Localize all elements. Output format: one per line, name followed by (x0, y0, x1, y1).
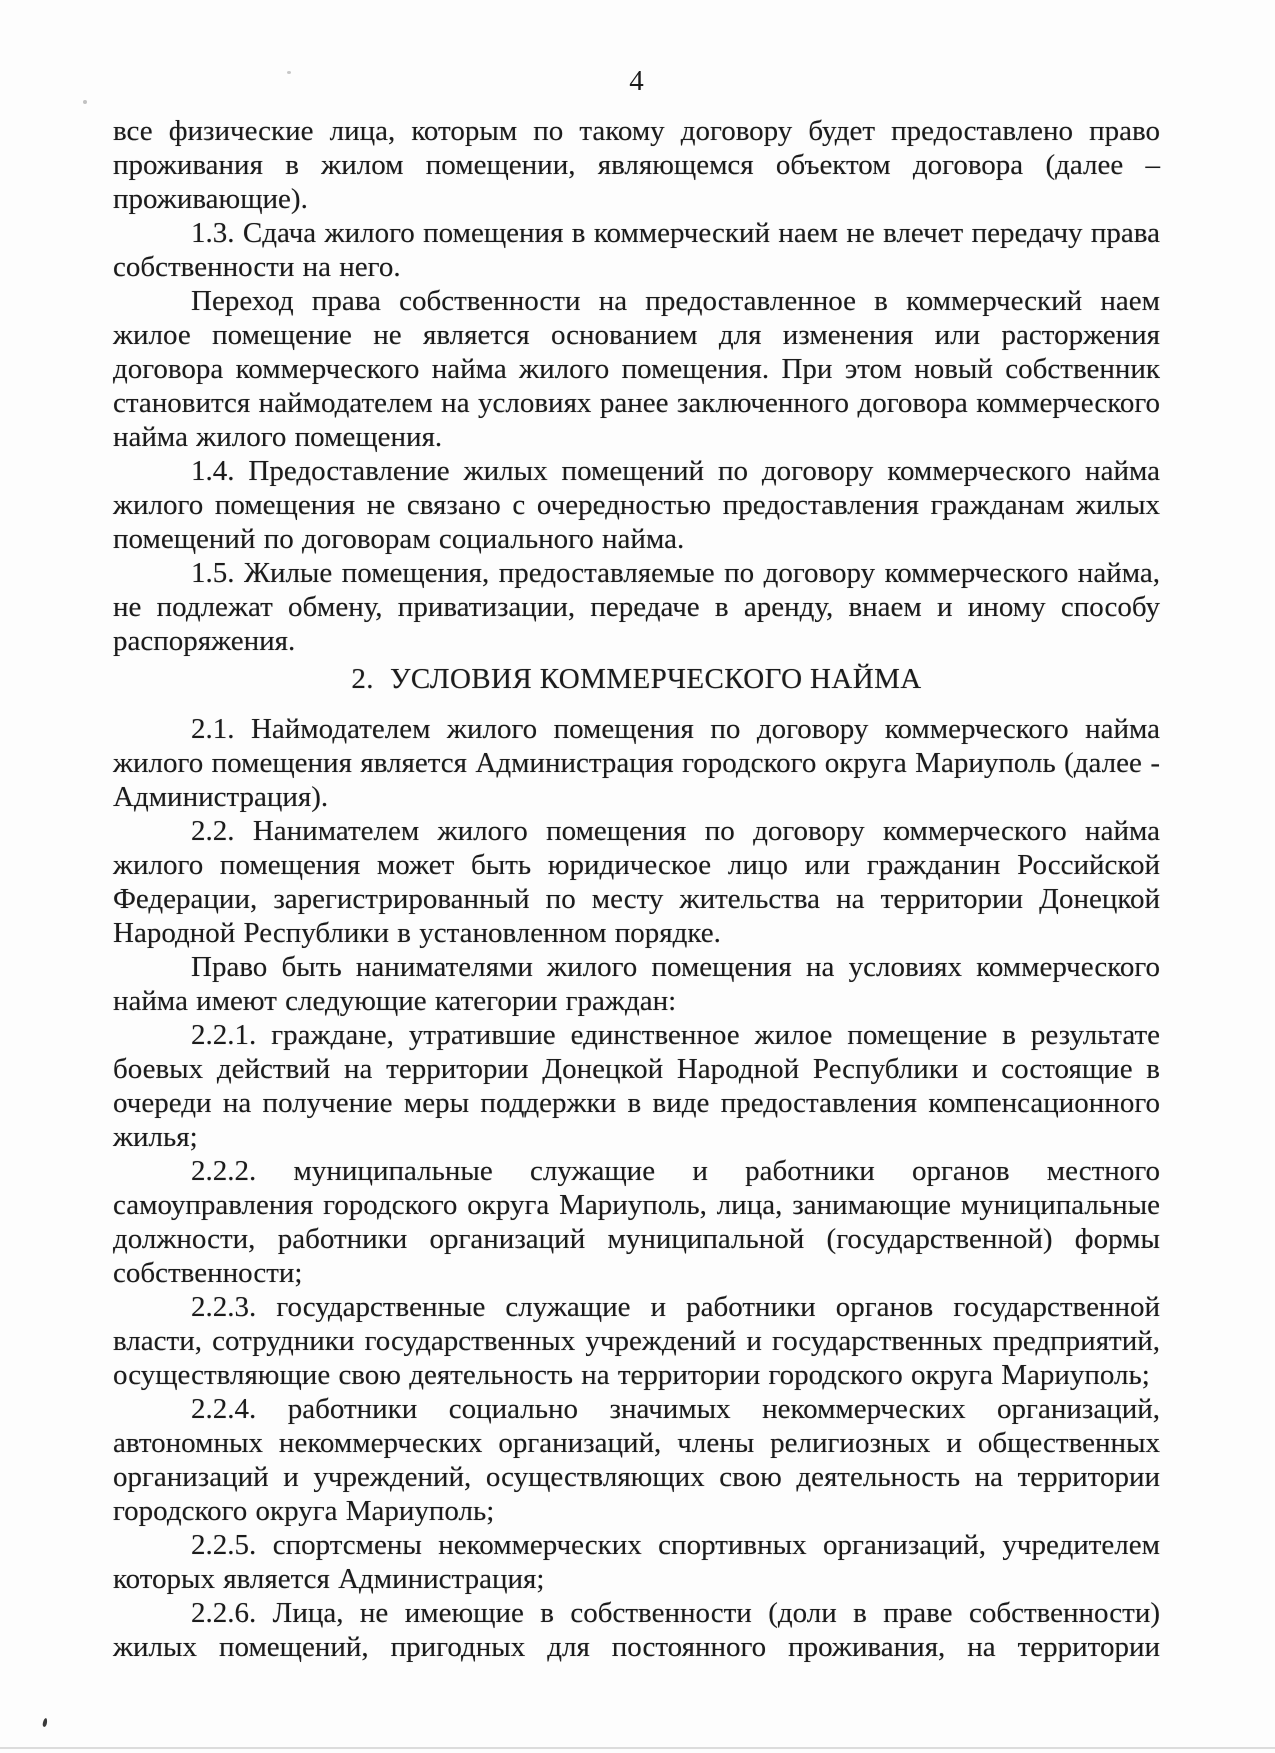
para-2-2-5: 2.2.5. спортсмены некоммерческих спортив… (113, 1528, 1160, 1596)
para-continuation-residents: все физические лица, которым по такому д… (113, 114, 1160, 216)
para-2-2-1: 2.2.1. граждане, утратившие единственное… (113, 1018, 1160, 1154)
para-1-3: 1.3. Сдача жилого помещения в коммерческ… (113, 216, 1160, 284)
para-ownership-transfer: Переход права собственности на предостав… (113, 284, 1160, 454)
para-2-2-6: 2.2.6. Лица, не имеющие в собственности … (113, 1596, 1160, 1664)
page-number: 4 (113, 64, 1160, 98)
scan-speck-icon (83, 100, 87, 104)
scan-bottom-edge (0, 1747, 1275, 1749)
section-heading-2: 2.УСЛОВИЯ КОММЕРЧЕСКОГО НАЙМА (113, 662, 1160, 696)
para-1-4: 1.4. Предоставление жилых помещений по д… (113, 454, 1160, 556)
section-heading-title: УСЛОВИЯ КОММЕРЧЕСКОГО НАЙМА (390, 663, 922, 695)
para-2-2: 2.2. Нанимателем жилого помещения по дог… (113, 814, 1160, 950)
scanned-document-page: 4 все физические лица, которым по такому… (0, 0, 1275, 1753)
para-1-5: 1.5. Жилые помещения, предоставляемые по… (113, 556, 1160, 658)
para-2-1: 2.1. Наймодателем жилого помещения по до… (113, 712, 1160, 814)
scan-speck-icon (287, 71, 291, 74)
section-heading-number: 2. (351, 663, 374, 695)
scan-comma-artifact-icon (42, 1718, 48, 1728)
para-2-2-3: 2.2.3. государственные служащие и работн… (113, 1290, 1160, 1392)
document-text-block: 4 все физические лица, которым по такому… (113, 64, 1160, 1664)
para-2-2-4: 2.2.4. работники социально значимых неко… (113, 1392, 1160, 1528)
para-tenant-categories-intro: Право быть нанимателями жилого помещения… (113, 950, 1160, 1018)
para-2-2-2: 2.2.2. муниципальные служащие и работник… (113, 1154, 1160, 1290)
